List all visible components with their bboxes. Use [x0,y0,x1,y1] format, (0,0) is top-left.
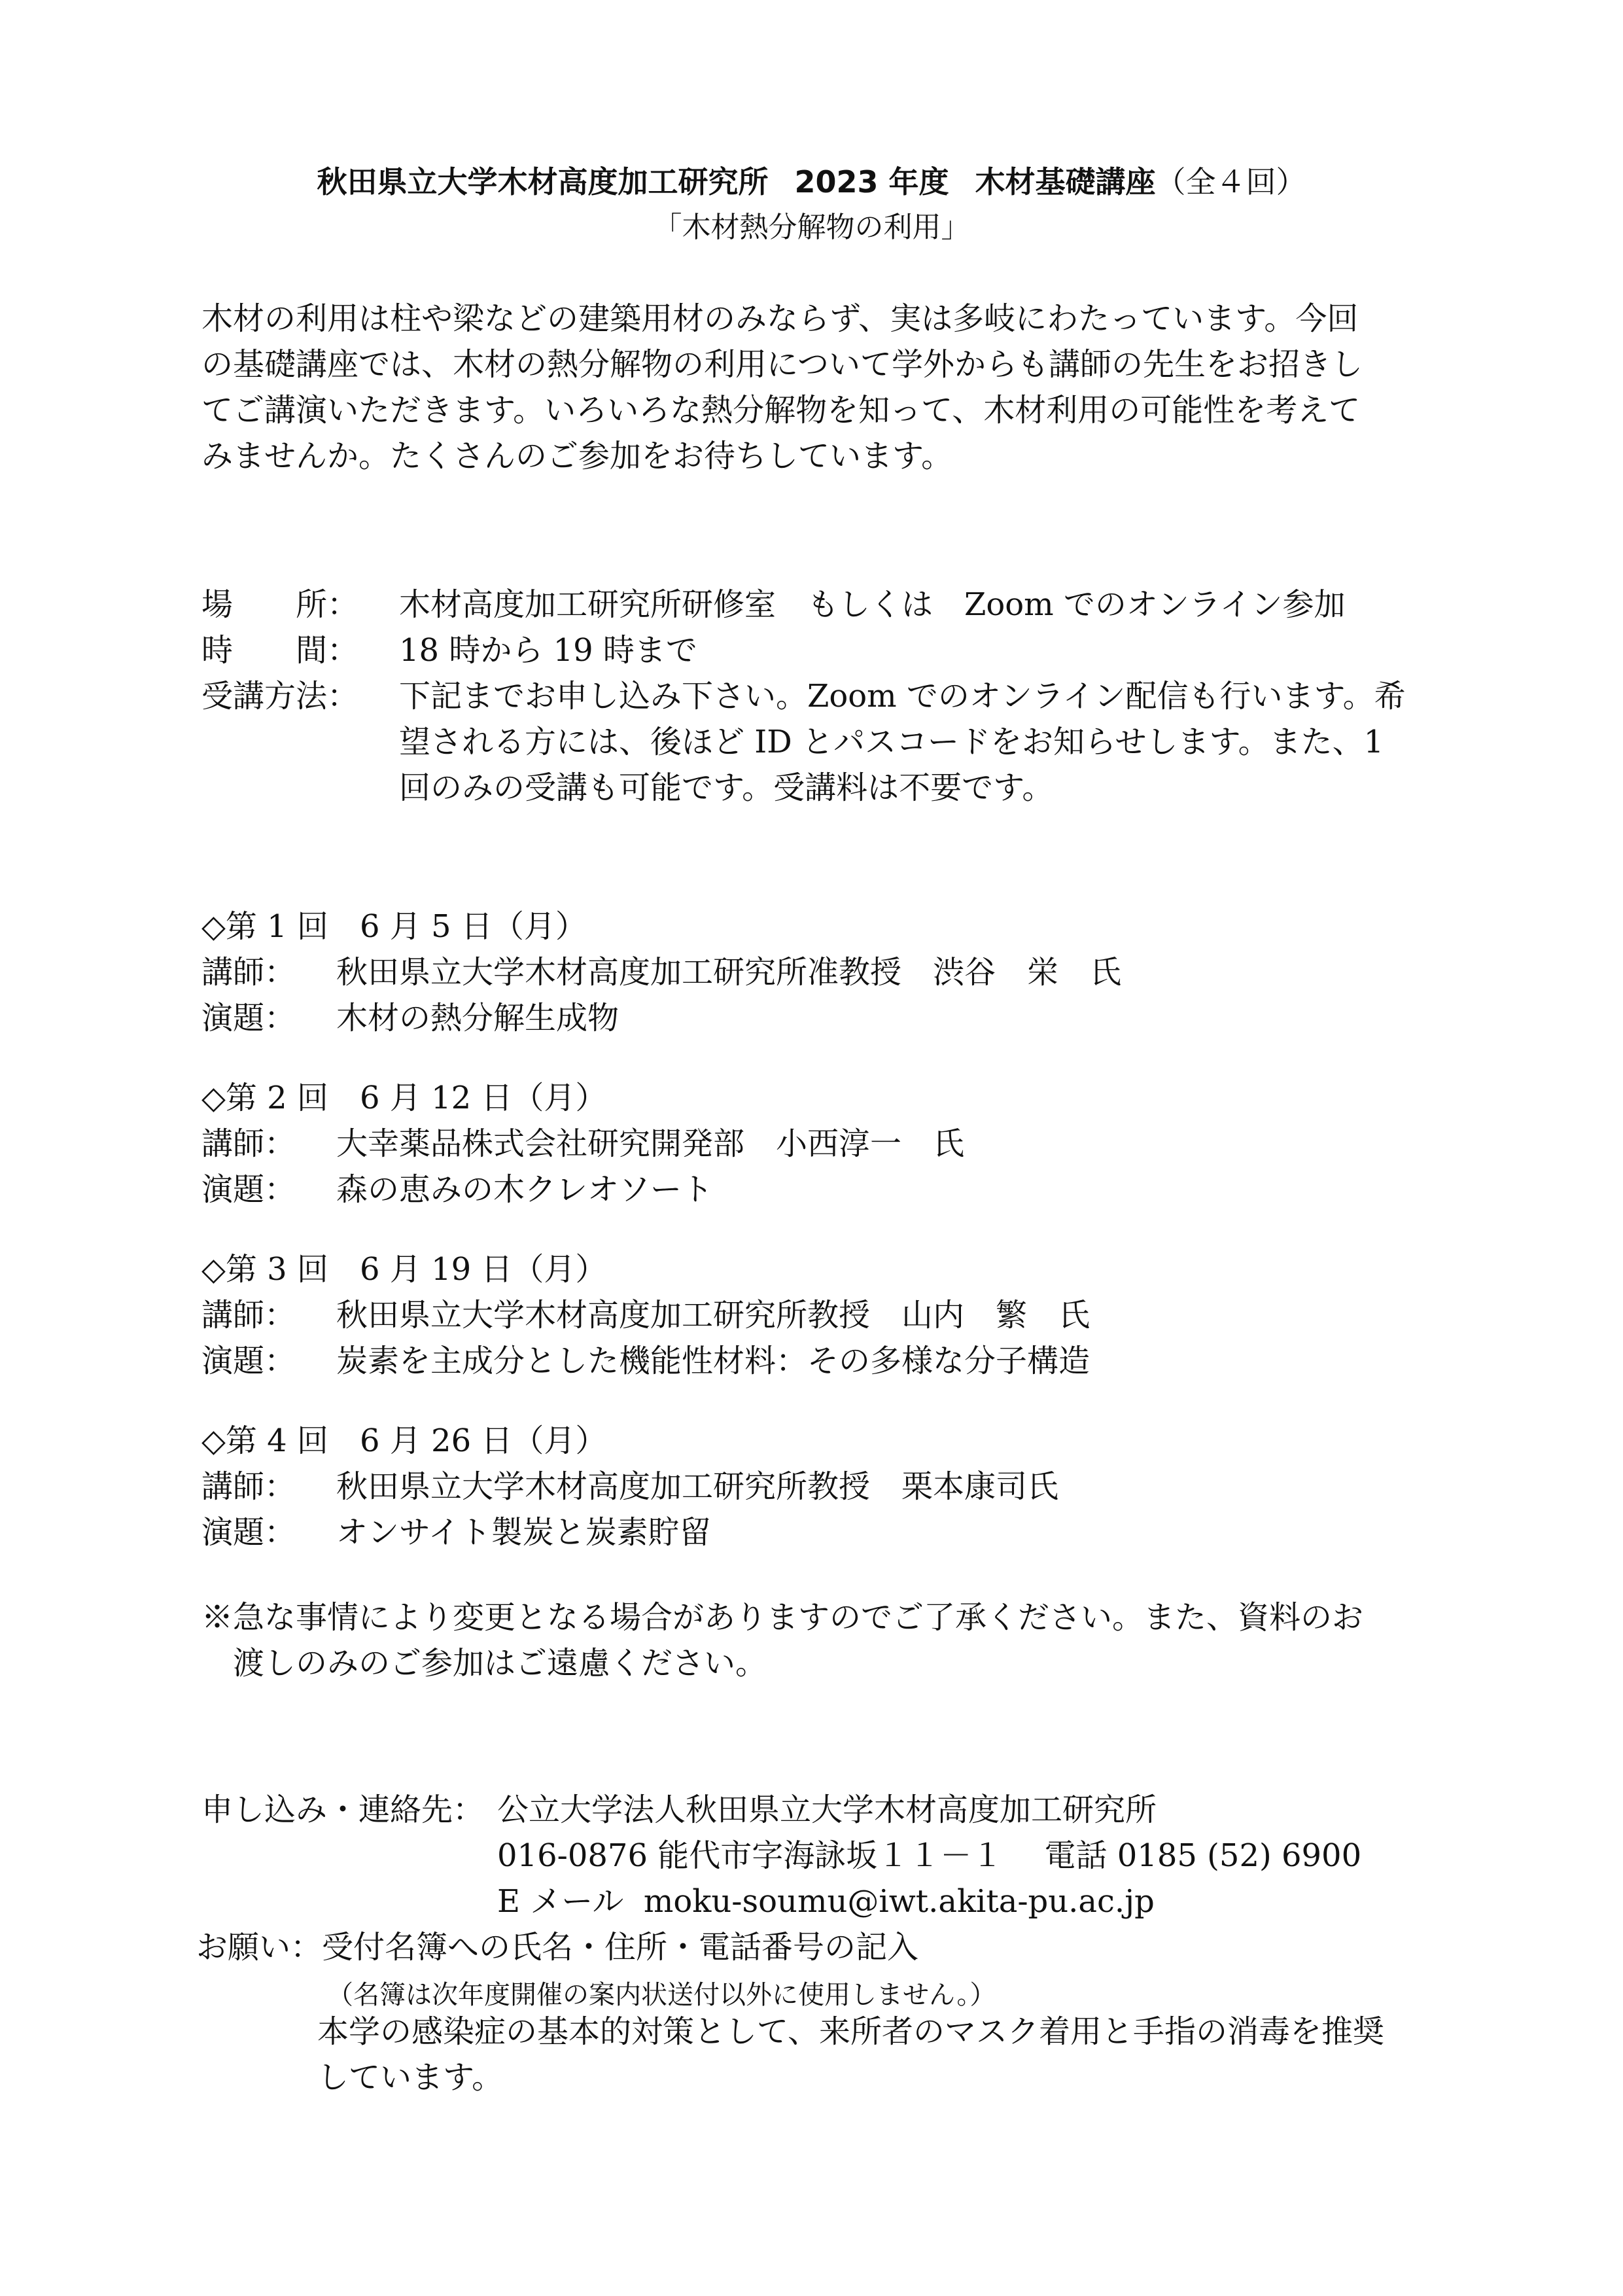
topic-title: 炭素を主成分とした機能性材料：その多様な分子構造 [336,1343,1090,1379]
notice-line: 渡しのみのご参加はご遠慮ください。 [201,1640,1363,1686]
privacy-note: （名簿は次年度開催の案内状送付以外に使用しません。） [327,1979,996,2011]
lecturer-name: 秋田県立大学木材高度加工研究所教授 栗本康司氏 [336,1468,1058,1505]
intro-line: 木材の利用は柱や梁などの建築用材のみならず、実は多岐にわたっています。今回 [201,296,1431,342]
lecturer-name: 秋田県立大学木材高度加工研究所准教授 渋谷 栄 氏 [336,954,1121,991]
intro-line: の基礎講座では、木材の熱分解物の利用について学外からも講師の先生をお招きし [201,342,1431,387]
title-sessions-count: （全４回） [1156,164,1306,200]
intro-line: みませんか。たくさんのご参加をお待ちしています。 [201,433,1431,479]
intro-line: てご講演いただきます。いろいろな熱分解物を知って、木材利用の可能性を考えて [201,387,1431,433]
session-topic: 演題：炭素を主成分とした機能性材料：その多様な分子構造 [201,1343,1090,1379]
request-text: 受付名簿への氏名・住所・電話番号の記入 [322,1929,918,1966]
method-line: 回のみの受講も可能です。受講料は不要です。 [399,765,1406,811]
session-heading: ◇第 4 回 6 月 26 日（月） [201,1422,606,1459]
session-lecturer: 講師：大幸薬品株式会社研究開発部 小西淳一 氏 [201,1125,964,1162]
session-heading: ◇第 2 回 6 月 12 日（月） [201,1080,606,1116]
page-subtitle: 「木材熱分解物の利用」 [0,209,1623,246]
topic-label: 演題： [201,1514,336,1551]
method-value: 下記までお申し込み下さい。Zoom でのオンライン配信も行います。希 望される方… [399,673,1406,811]
time-label: 時 間： [201,632,398,669]
place-value: 木材高度加工研究所研修室 もしくは Zoom でのオンライン参加 [399,582,1345,627]
email-label: E メール [497,1883,623,1920]
intro-paragraph: 木材の利用は柱や梁などの建築用材のみならず、実は多岐にわたっています。今回 の基… [201,296,1431,479]
infection-line: しています。 [317,2055,1384,2100]
topic-label: 演題： [201,1171,336,1208]
email-link[interactable]: moku-soumu@iwt.akita-pu.ac.jp [644,1883,1155,1920]
session-topic: 演題：森の恵みの木クレオソート [201,1171,713,1208]
lecturer-label: 講師： [201,1125,336,1162]
contact-email-row: E メール moku-soumu@iwt.akita-pu.ac.jp [497,1883,1155,1920]
time-value: 18 時から 19 時まで [399,627,697,673]
session-heading: ◇第 1 回 6 月 5 日（月） [201,908,587,945]
title-year: 2023 年度 [794,164,949,200]
request-label: お願い： [196,1929,322,1966]
topic-label: 演題： [201,1000,336,1036]
session-topic: 演題：オンサイト製炭と炭素貯留 [201,1514,711,1551]
place-label: 場 所： [201,586,398,623]
topic-title: オンサイト製炭と炭素貯留 [336,1514,711,1551]
change-notice: ※急な事情により変更となる場合がありますのでご了承ください。また、資料のお 渡し… [201,1595,1363,1686]
lecturer-name: 大幸薬品株式会社研究開発部 小西淳一 氏 [336,1125,964,1162]
lecturer-label: 講師： [201,954,336,991]
infection-measures: 本学の感染症の基本的対策として、来所者のマスク着用と手指の消毒を推奨 しています… [317,2009,1384,2100]
session-topic: 演題：木材の熱分解生成物 [201,1000,619,1036]
session-lecturer: 講師：秋田県立大学木材高度加工研究所准教授 渋谷 栄 氏 [201,954,1121,991]
session-lecturer: 講師：秋田県立大学木材高度加工研究所教授 山内 繁 氏 [201,1297,1090,1333]
lecturer-label: 講師： [201,1297,336,1333]
contact-label: 申し込み・連絡先： [201,1792,484,1828]
request-row: お願い：受付名簿への氏名・住所・電話番号の記入 [196,1929,918,1966]
contact-address-phone: 016-0876 能代市字海詠坂１１－１ 電話 0185 (52) 6900 [497,1837,1361,1874]
method-label: 受講方法： [201,678,398,715]
lecturer-name: 秋田県立大学木材高度加工研究所教授 山内 繁 氏 [336,1297,1090,1333]
topic-label: 演題： [201,1343,336,1379]
topic-title: 木材の熱分解生成物 [336,1000,619,1036]
topic-title: 森の恵みの木クレオソート [336,1171,713,1208]
session-heading: ◇第 3 回 6 月 19 日（月） [201,1251,606,1288]
session-lecturer: 講師：秋田県立大学木材高度加工研究所教授 栗本康司氏 [201,1468,1058,1505]
title-institute: 秋田県立大学木材高度加工研究所 [317,164,768,200]
infection-line: 本学の感染症の基本的対策として、来所者のマスク着用と手指の消毒を推奨 [317,2009,1384,2055]
method-line: 望される方には、後ほど ID とパスコードをお知らせします。また、1 [399,719,1406,765]
method-line: 下記までお申し込み下さい。Zoom でのオンライン配信も行います。希 [399,673,1406,719]
title-course: 木材基礎講座 [975,164,1156,200]
notice-line: ※急な事情により変更となる場合がありますのでご了承ください。また、資料のお [201,1595,1363,1640]
lecturer-label: 講師： [201,1468,336,1505]
page-title: 秋田県立大学木材高度加工研究所2023 年度木材基礎講座（全４回） [0,162,1623,202]
contact-org: 公立大学法人秋田県立大学木材高度加工研究所 [497,1792,1157,1828]
